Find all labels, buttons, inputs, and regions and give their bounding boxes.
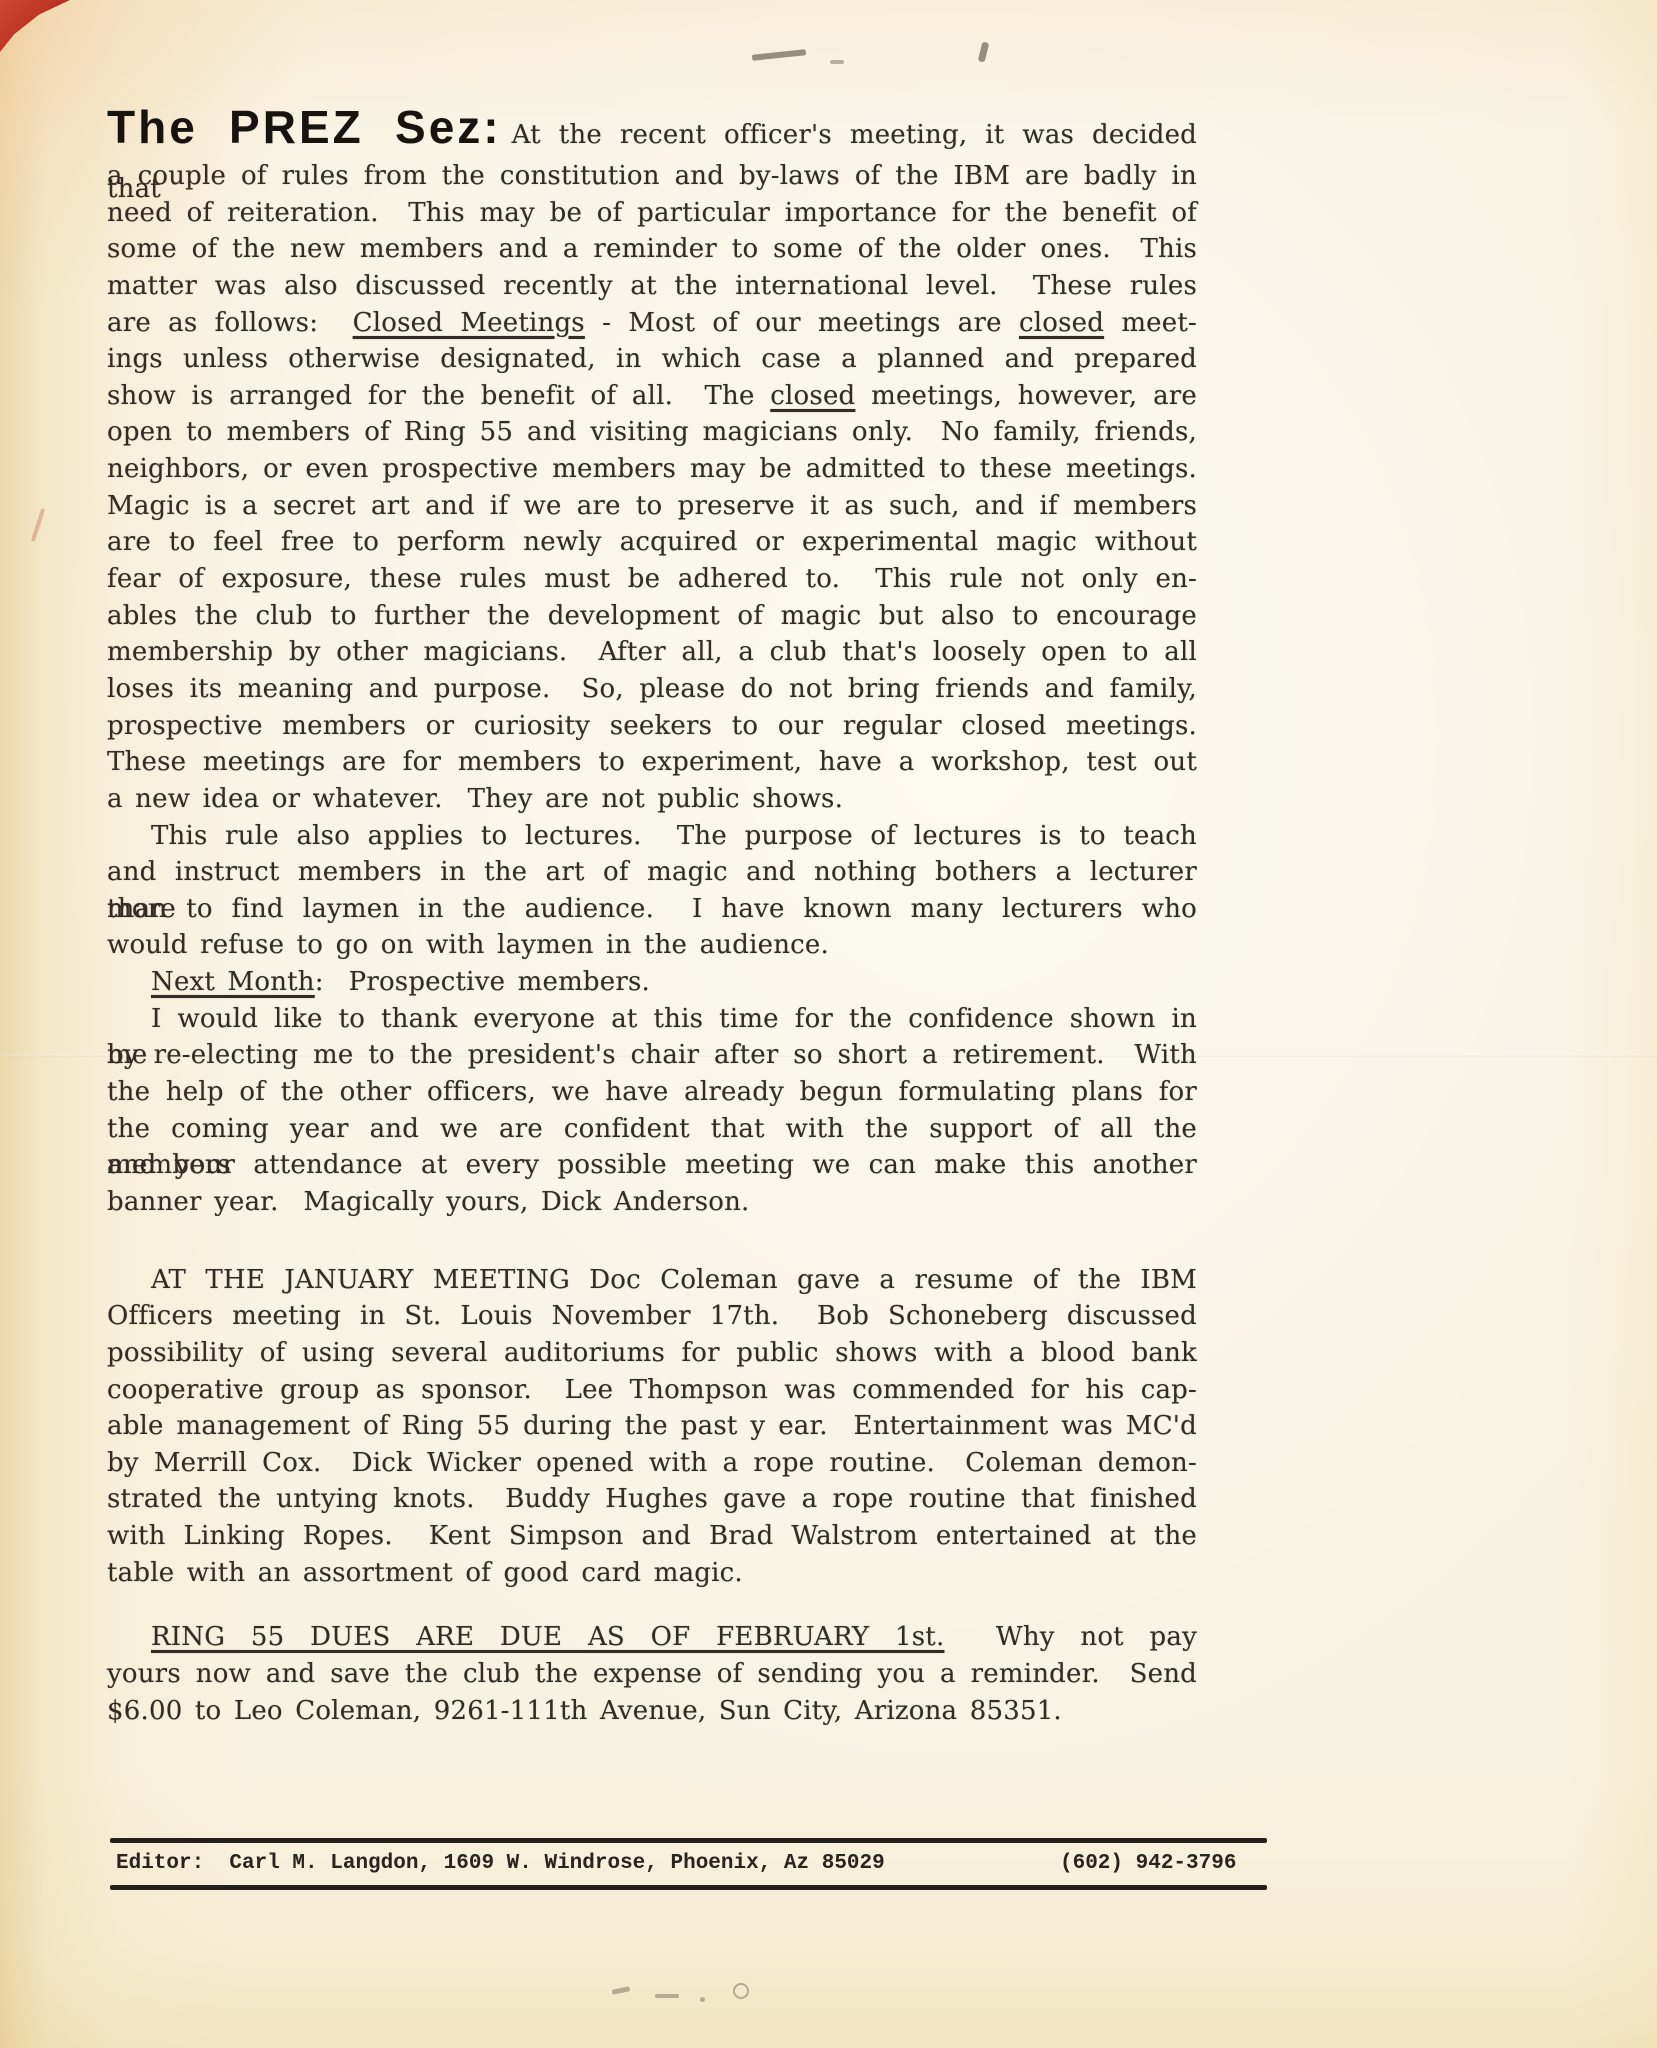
- text-segment: by re-electing me to the president's cha…: [107, 1040, 1197, 1070]
- underlined-text: Closed Meetings: [353, 308, 585, 338]
- text-line: yours now and save the club the expense …: [107, 1656, 1197, 1693]
- text-segment: This rule also applies to lectures. The …: [151, 821, 1197, 851]
- text-line: Next Month: Prospective members.: [107, 964, 1197, 1001]
- text-line: with Linking Ropes. Kent Simpson and Bra…: [107, 1518, 1197, 1555]
- text-segment: than to find laymen in the audience. I h…: [107, 894, 1197, 924]
- text-line: by Merrill Cox. Dick Wicker opened with …: [107, 1445, 1197, 1482]
- paragraph: The PREZ Sez:At the recent officer's mee…: [107, 100, 1197, 1221]
- text-segment: neighbors, or even prospective members m…: [107, 454, 1197, 484]
- footer-bottom-rule: [110, 1885, 1267, 1890]
- text-segment: These meetings are for members to experi…: [107, 747, 1197, 777]
- underlined-text: RING 55 DUES ARE DUE AS OF FEBRUARY 1st.: [151, 1622, 944, 1652]
- footer-text: Editor: Carl M. Langdon, 1609 W. Windros…: [110, 1843, 1267, 1885]
- text-segment: a new idea or whatever. They are not pub…: [107, 784, 843, 814]
- footer: Editor: Carl M. Langdon, 1609 W. Windros…: [110, 1838, 1267, 1890]
- text-line: some of the new members and a reminder t…: [107, 231, 1197, 268]
- text-body: The PREZ Sez:At the recent officer's mee…: [107, 100, 1197, 1729]
- underlined-text: closed: [1019, 308, 1104, 338]
- text-line: fear of exposure, these rules must be ad…: [107, 561, 1197, 598]
- text-segment: need of reiteration. This may be of part…: [107, 198, 1197, 228]
- text-line: possibility of using several auditoriums…: [107, 1335, 1197, 1372]
- text-line: AT THE JANUARY MEETING Doc Coleman gave …: [107, 1262, 1197, 1299]
- text-segment: membership by other magicians. After all…: [107, 637, 1197, 667]
- text-segment: able management of Ring 55 during the pa…: [107, 1411, 1197, 1441]
- text-segment: would refuse to go on with laymen in the…: [107, 930, 829, 960]
- text-line: neighbors, or even prospective members m…: [107, 451, 1197, 488]
- text-line: the help of the other officers, we have …: [107, 1074, 1197, 1111]
- text-segment: Officers meeting in St. Louis November 1…: [107, 1301, 1197, 1331]
- smudge-mark: [752, 49, 806, 61]
- text-segment: ables the club to further the developmen…: [107, 601, 1197, 631]
- text-segment: a couple of rules from the constitution …: [107, 161, 1197, 191]
- smudge-mark: [830, 60, 844, 64]
- text-line: Officers meeting in St. Louis November 1…: [107, 1298, 1197, 1335]
- text-line: ings unless otherwise designated, in whi…: [107, 341, 1197, 378]
- underlined-text: closed: [770, 381, 855, 411]
- text-segment: Why not pay: [944, 1622, 1197, 1652]
- text-segment: with Linking Ropes. Kent Simpson and Bra…: [107, 1521, 1197, 1551]
- text-segment: table with an assortment of good card ma…: [107, 1558, 743, 1588]
- text-segment: prospective members or curiosity seekers…: [107, 711, 1197, 741]
- text-segment: AT THE JANUARY MEETING Doc Coleman gave …: [151, 1265, 1197, 1295]
- text-line: show is arranged for the benefit of all.…: [107, 378, 1197, 415]
- text-line: and instruct members in the art of magic…: [107, 854, 1197, 891]
- text-line: table with an assortment of good card ma…: [107, 1555, 1197, 1592]
- newsletter-page: { "document": { "title": "The PREZ Sez:"…: [0, 0, 1657, 2048]
- text-line: The PREZ Sez:At the recent officer's mee…: [107, 100, 1197, 158]
- text-segment: meetings, however, are: [855, 381, 1197, 411]
- margin-pencil-mark: [31, 508, 45, 542]
- text-line: loses its meaning and purpose. So, pleas…: [107, 671, 1197, 708]
- text-line: ables the club to further the developmen…: [107, 598, 1197, 635]
- text-segment: banner year. Magically yours, Dick Ander…: [107, 1187, 750, 1217]
- text-line: and your attendance at every possible me…: [107, 1147, 1197, 1184]
- bottom-smudge: [733, 1983, 749, 1999]
- paragraph: RING 55 DUES ARE DUE AS OF FEBRUARY 1st.…: [107, 1619, 1197, 1729]
- text-segment: yours now and save the club the expense …: [107, 1659, 1197, 1689]
- text-segment: and your attendance at every possible me…: [107, 1150, 1197, 1180]
- text-segment: fear of exposure, these rules must be ad…: [107, 564, 1197, 594]
- text-line: banner year. Magically yours, Dick Ander…: [107, 1184, 1197, 1221]
- text-segment: : Prospective members.: [315, 967, 650, 997]
- text-segment: cooperative group as sponsor. Lee Thomps…: [107, 1375, 1197, 1405]
- text-line: prospective members or curiosity seekers…: [107, 708, 1197, 745]
- smudge-mark: [978, 41, 990, 62]
- text-line: would refuse to go on with laymen in the…: [107, 927, 1197, 964]
- text-segment: meet-: [1104, 308, 1197, 338]
- text-segment: are as follows:: [107, 308, 353, 338]
- text-segment: are to feel free to perform newly acquir…: [107, 527, 1197, 557]
- text-segment: strated the untying knots. Buddy Hughes …: [107, 1484, 1197, 1514]
- text-segment: loses its meaning and purpose. So, pleas…: [107, 674, 1197, 704]
- text-segment: open to members of Ring 55 and visiting …: [107, 417, 1197, 447]
- text-line: able management of Ring 55 during the pa…: [107, 1408, 1197, 1445]
- text-segment: the help of the other officers, we have …: [107, 1077, 1197, 1107]
- text-line: need of reiteration. This may be of part…: [107, 195, 1197, 232]
- text-line: a couple of rules from the constitution …: [107, 158, 1197, 195]
- bottom-smudge: [700, 1997, 705, 2002]
- text-segment: some of the new members and a reminder t…: [107, 234, 1197, 264]
- text-line: open to members of Ring 55 and visiting …: [107, 414, 1197, 451]
- text-segment: by Merrill Cox. Dick Wicker opened with …: [107, 1448, 1197, 1478]
- text-line: I would like to thank everyone at this t…: [107, 1001, 1197, 1038]
- underlined-text: Next Month: [151, 967, 315, 997]
- text-line: cooperative group as sponsor. Lee Thomps…: [107, 1372, 1197, 1409]
- paragraph: AT THE JANUARY MEETING Doc Coleman gave …: [107, 1262, 1197, 1592]
- text-line: membership by other magicians. After all…: [107, 634, 1197, 671]
- text-segment: $6.00 to Leo Coleman, 9261-111th Avenue,…: [107, 1696, 1062, 1726]
- text-line: by re-electing me to the president's cha…: [107, 1037, 1197, 1074]
- text-line: are as follows: Closed Meetings - Most o…: [107, 305, 1197, 342]
- text-segment: ings unless otherwise designated, in whi…: [107, 344, 1197, 374]
- text-line: $6.00 to Leo Coleman, 9261-111th Avenue,…: [107, 1693, 1197, 1730]
- newsletter-title: The PREZ Sez:: [107, 101, 512, 153]
- text-line: Magic is a secret art and if we are to p…: [107, 488, 1197, 525]
- red-corner-mark: [0, 0, 70, 52]
- text-segment: possibility of using several auditoriums…: [107, 1338, 1197, 1368]
- text-segment: show is arranged for the benefit of all.…: [107, 381, 770, 411]
- editor-phone: (602) 942-3796: [1060, 1843, 1236, 1885]
- bottom-smudge: [655, 1994, 679, 1998]
- text-line: These meetings are for members to experi…: [107, 744, 1197, 781]
- editor-line: Editor: Carl M. Langdon, 1609 W. Windros…: [116, 1852, 885, 1875]
- text-line: than to find laymen in the audience. I h…: [107, 891, 1197, 928]
- bottom-smudge: [612, 1986, 631, 1995]
- text-line: are to feel free to perform newly acquir…: [107, 524, 1197, 561]
- text-line: matter was also discussed recently at th…: [107, 268, 1197, 305]
- text-segment: - Most of our meetings are: [585, 308, 1019, 338]
- text-line: strated the untying knots. Buddy Hughes …: [107, 1481, 1197, 1518]
- text-line: This rule also applies to lectures. The …: [107, 818, 1197, 855]
- text-line: RING 55 DUES ARE DUE AS OF FEBRUARY 1st.…: [107, 1619, 1197, 1656]
- text-line: a new idea or whatever. They are not pub…: [107, 781, 1197, 818]
- text-line: the coming year and we are confident tha…: [107, 1111, 1197, 1148]
- text-segment: matter was also discussed recently at th…: [107, 271, 1197, 301]
- text-segment: Magic is a secret art and if we are to p…: [107, 491, 1197, 521]
